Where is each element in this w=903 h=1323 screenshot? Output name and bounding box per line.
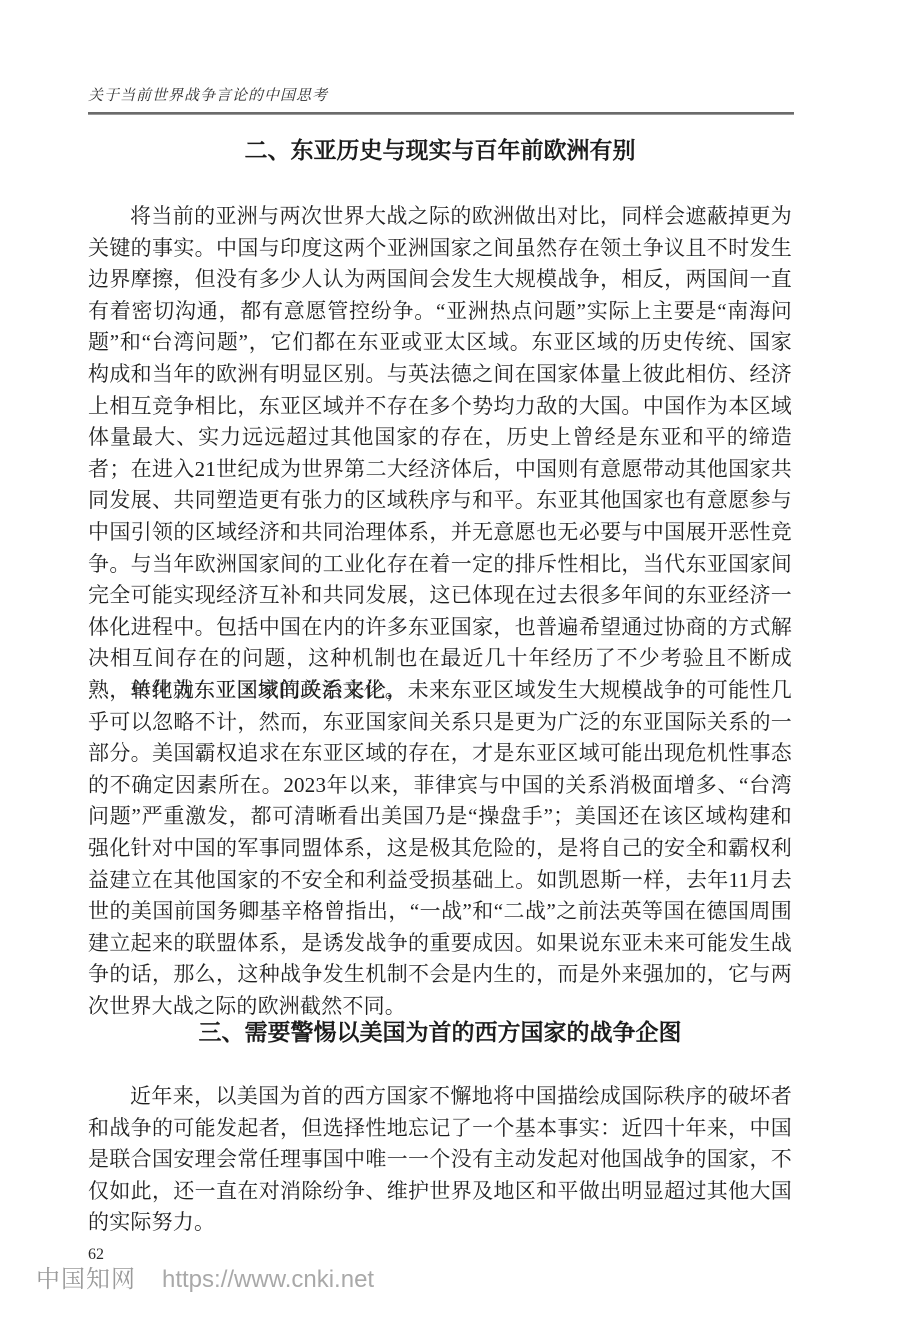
body-paragraph-1: 将当前的亚洲与两次世界大战之际的欧洲做出对比，同样会遮蔽掉更为关键的事实。中国与… [88,201,792,707]
section-heading-3: 三、需要警惕以美国为首的西方国家的战争企图 [88,1018,792,1046]
header-divider [88,112,794,115]
cnki-site-name: 中国知网 [36,1259,136,1294]
body-paragraph-3: 近年来，以美国为首的西方国家不懈地将中国描绘成国际秩序的破坏者和战争的可能发起者… [88,1081,792,1239]
document-page: 关于当前世界战争言论的中国思考 二、东亚历史与现实与百年前欧洲有别 将当前的亚洲… [0,0,903,1323]
cnki-url: https://www.cnki.net [162,1266,374,1294]
body-paragraph-2: 单纯就东亚国家间关系来论，未来东亚区域发生大规模战争的可能性几乎可以忽略不计，然… [88,675,792,1023]
section-heading-2: 二、东亚历史与现实与百年前欧洲有别 [88,136,792,164]
cnki-watermark: 中国知网 https://www.cnki.net [36,1259,374,1294]
running-head-title: 关于当前世界战争言论的中国思考 [88,84,328,105]
